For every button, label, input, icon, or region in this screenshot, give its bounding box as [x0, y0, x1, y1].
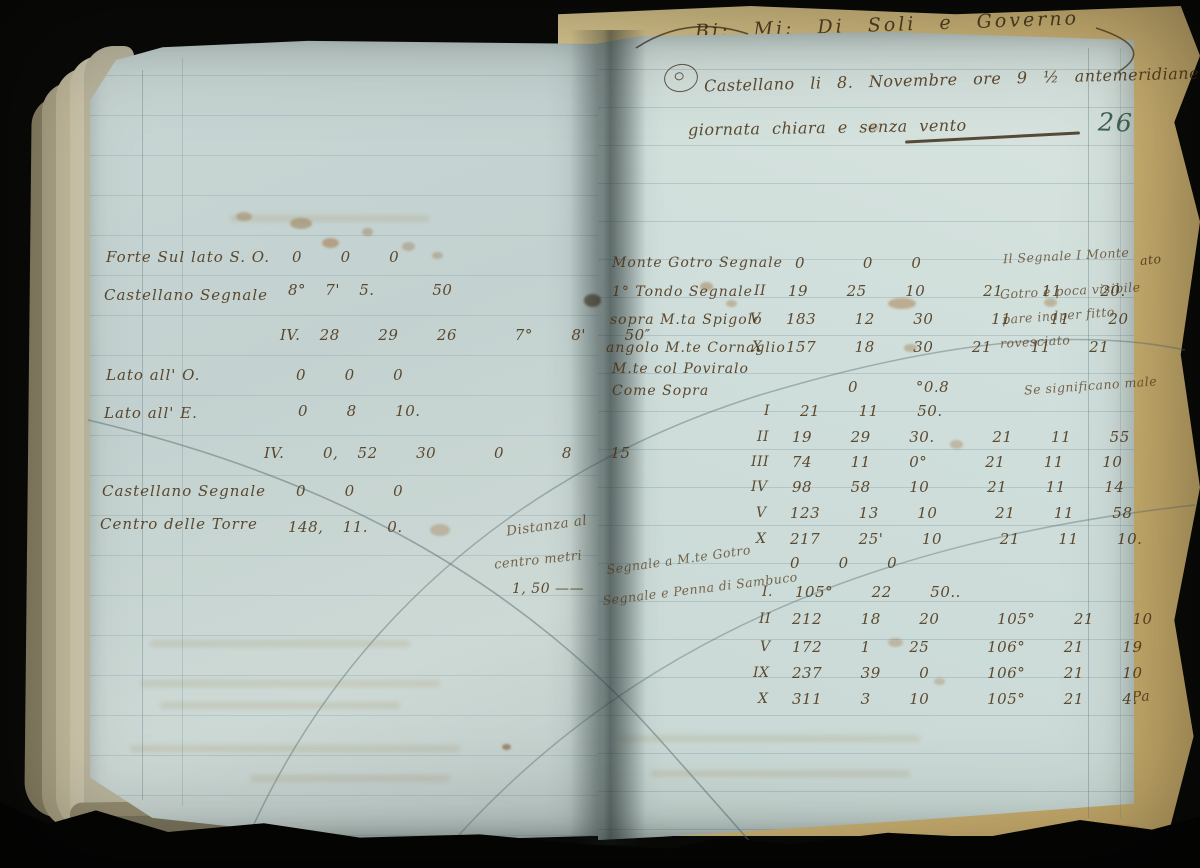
roman-numeral: V	[760, 640, 771, 654]
row-value: 0 0 0	[795, 256, 921, 271]
stain	[432, 252, 443, 259]
row-value: 0 0 0	[296, 368, 403, 383]
stain	[502, 744, 511, 750]
show-through	[160, 702, 400, 709]
page-number: 26	[1098, 109, 1135, 135]
row-value: 74 11 0° 21 11 10	[792, 455, 1122, 470]
show-through	[150, 640, 410, 647]
row-value: IV. 0, 52 30 0 8 15	[264, 446, 631, 461]
roman-numeral: II	[757, 430, 769, 444]
row-value: IV. 28 29 26 7° 8' 50″	[280, 328, 651, 343]
row-value: 8° 7' 5. 50	[288, 283, 452, 298]
row-label: sopra M.ta Spigolo	[610, 313, 763, 327]
roman-numeral: III	[751, 455, 769, 469]
distance-note-value: 1, 50 ——	[512, 582, 584, 596]
show-through	[650, 770, 910, 777]
stain	[402, 242, 415, 251]
header-weather-line: giornata chiara e senza vento	[688, 118, 967, 139]
roman-numeral: X	[758, 692, 768, 706]
row-label: Lato all' O.	[106, 368, 200, 383]
row-label: Castellano Segnale	[102, 484, 266, 499]
roman-numeral: V	[750, 312, 761, 326]
row-value: 21 11 50.	[800, 404, 943, 419]
row-value: 217 25' 10 21 11 10.	[790, 532, 1142, 547]
roman-numeral: V	[756, 506, 767, 520]
row-value: 0 8 10.	[298, 404, 421, 419]
roman-numeral: X	[756, 532, 766, 546]
row-value: 123 13 10 21 11 58	[790, 506, 1133, 521]
row-label: Forte Sul lato S. O.	[106, 250, 270, 265]
stain	[322, 238, 339, 248]
row-label: Centro delle Torre	[100, 517, 258, 532]
row-value: 237 39 0 106° 21 10	[792, 666, 1143, 681]
show-through	[620, 735, 920, 742]
row-value: 311 3 10 105° 21 4.	[792, 692, 1138, 707]
flourish-stroke	[636, 27, 748, 48]
manuscript-photo: Bi: Mi: Di Soli e Governo ato Pa tell	[0, 0, 1200, 868]
row-value: 19 29 30. 21 11 55	[792, 430, 1130, 445]
stain	[430, 524, 450, 536]
stain	[726, 300, 737, 307]
row-value: 148, 11. 0.	[288, 520, 403, 535]
row-value: 0 °0.8	[848, 380, 949, 395]
row-label: Castellano Segnale	[104, 288, 268, 303]
gutter-shadow	[570, 30, 646, 845]
mid-note-value: 0 0 0	[790, 556, 897, 571]
row-label: Monte Gotro Segnale	[612, 256, 783, 270]
roman-numeral: X	[752, 340, 762, 354]
stain	[362, 228, 373, 236]
row-value: 212 18 20 105° 21 10	[792, 612, 1153, 627]
row-label: Lato all' E.	[104, 406, 198, 421]
show-through	[140, 680, 440, 687]
row-value: 105° 22 50..	[795, 585, 961, 600]
row-label: Come Sopra	[612, 384, 709, 398]
row-label: 1° Tondo Segnale	[612, 285, 753, 299]
show-through	[250, 775, 450, 782]
show-through	[230, 215, 430, 222]
row-value: 172 1 25 106° 21 19	[792, 640, 1143, 655]
roman-numeral: I	[764, 404, 770, 418]
roman-numeral: II	[759, 612, 771, 626]
row-value: 98 58 10 21 11 14	[792, 480, 1124, 495]
roman-numeral: IX	[753, 666, 770, 680]
row-value: 0 0 0	[292, 250, 399, 265]
show-through	[130, 745, 460, 752]
roman-numeral: IV	[751, 480, 768, 494]
row-value: 0 0 0	[296, 484, 403, 499]
roman-numeral: I.	[762, 585, 773, 599]
flourish-capital-dot	[674, 72, 684, 81]
row-label: M.te col Poviralo	[612, 362, 749, 376]
roman-numeral: II	[754, 284, 766, 298]
